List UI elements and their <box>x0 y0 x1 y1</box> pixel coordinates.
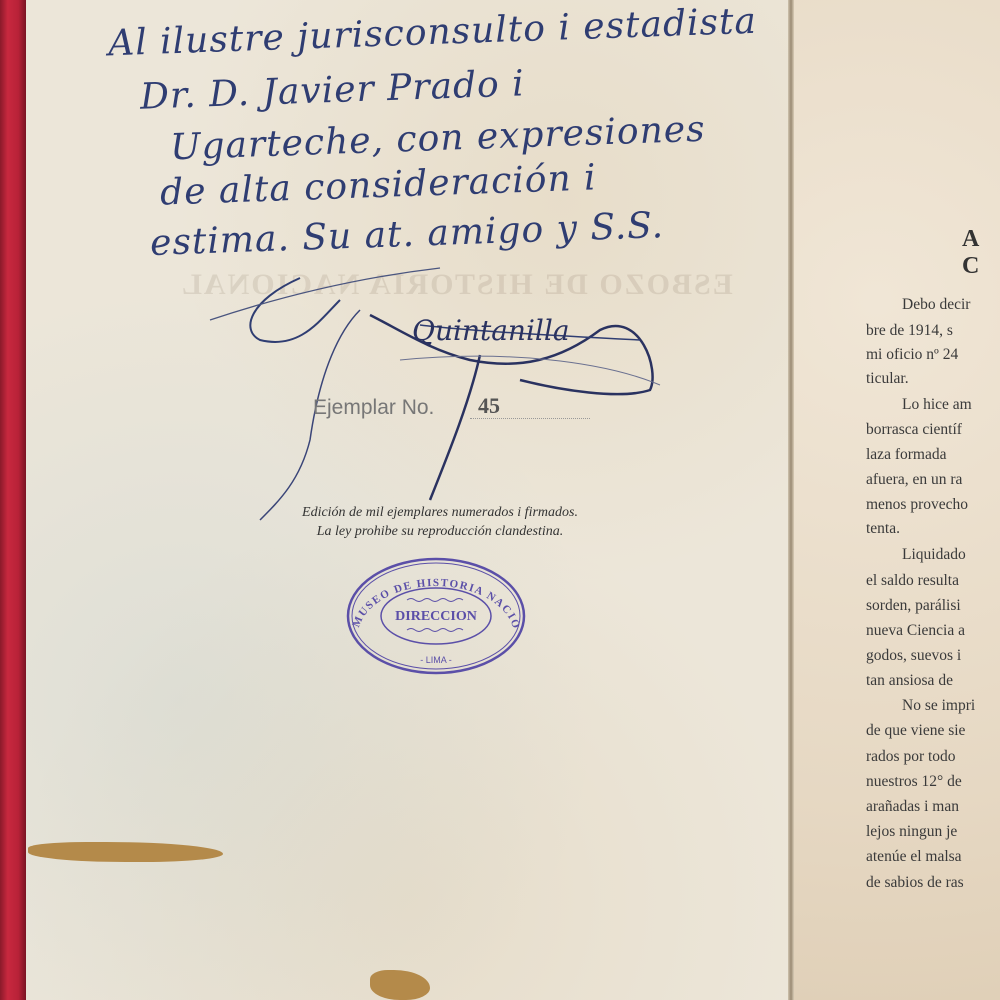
red-book-binding <box>0 0 26 1000</box>
right-page-line: mi oficio nº 24 <box>866 346 958 364</box>
right-page-line: menos provecho <box>866 496 968 514</box>
right-page-line: tan ansiosa de <box>866 672 953 690</box>
stamp-center-text: DIRECCION <box>395 609 477 624</box>
right-page-line: el saldo resulta <box>866 572 959 590</box>
right-page-line: laza formada <box>866 446 946 464</box>
right-page-line: Debo decir <box>902 296 970 314</box>
right-page-line: afuera, en un ra <box>866 471 962 489</box>
right-page-line: atenúe el malsa <box>866 848 962 866</box>
museum-stamp: MUSEO DE HISTORIA NACIONAL DIRECCION - L… <box>345 556 527 676</box>
right-page-line: arañadas i man <box>866 798 959 816</box>
right-page-line: lejos ningun je <box>866 823 957 841</box>
stamp-bottom-text: - LIMA - <box>420 655 452 665</box>
right-page-line: No se impri <box>902 697 975 715</box>
right-page-line: tenta. <box>866 520 900 538</box>
copy-number-label: Ejemplar No. <box>313 396 434 420</box>
edition-notice-line-2: La ley prohibe su reproducción clandesti… <box>0 524 880 540</box>
right-page-line: rados por todo <box>866 748 956 766</box>
bleed-through-title: ESBOZO DE HISTORIA NACIONAL <box>180 268 733 302</box>
copy-number-value: 45 <box>478 393 500 419</box>
right-page-line: borrasca científ <box>866 421 962 439</box>
right-page-line: Liquidado <box>902 546 966 564</box>
right-page-line: de sabios de ras <box>866 874 964 892</box>
right-page-heading: A C <box>962 226 1000 280</box>
right-page-line: ticular. <box>866 370 909 388</box>
right-page-line: Lo hice am <box>902 396 972 414</box>
right-page-line: sorden, parálisi <box>866 597 961 615</box>
right-page-line: de que viene sie <box>866 722 965 740</box>
edition-notice-line-1: Edición de mil ejemplares numerados i fi… <box>0 505 880 521</box>
right-page-line: godos, suevos i <box>866 647 961 665</box>
right-page-line: bre de 1914, s <box>866 322 953 340</box>
right-page-line: nueva Ciencia a <box>866 622 965 640</box>
right-page-line: nuestros 12° de <box>866 773 962 791</box>
